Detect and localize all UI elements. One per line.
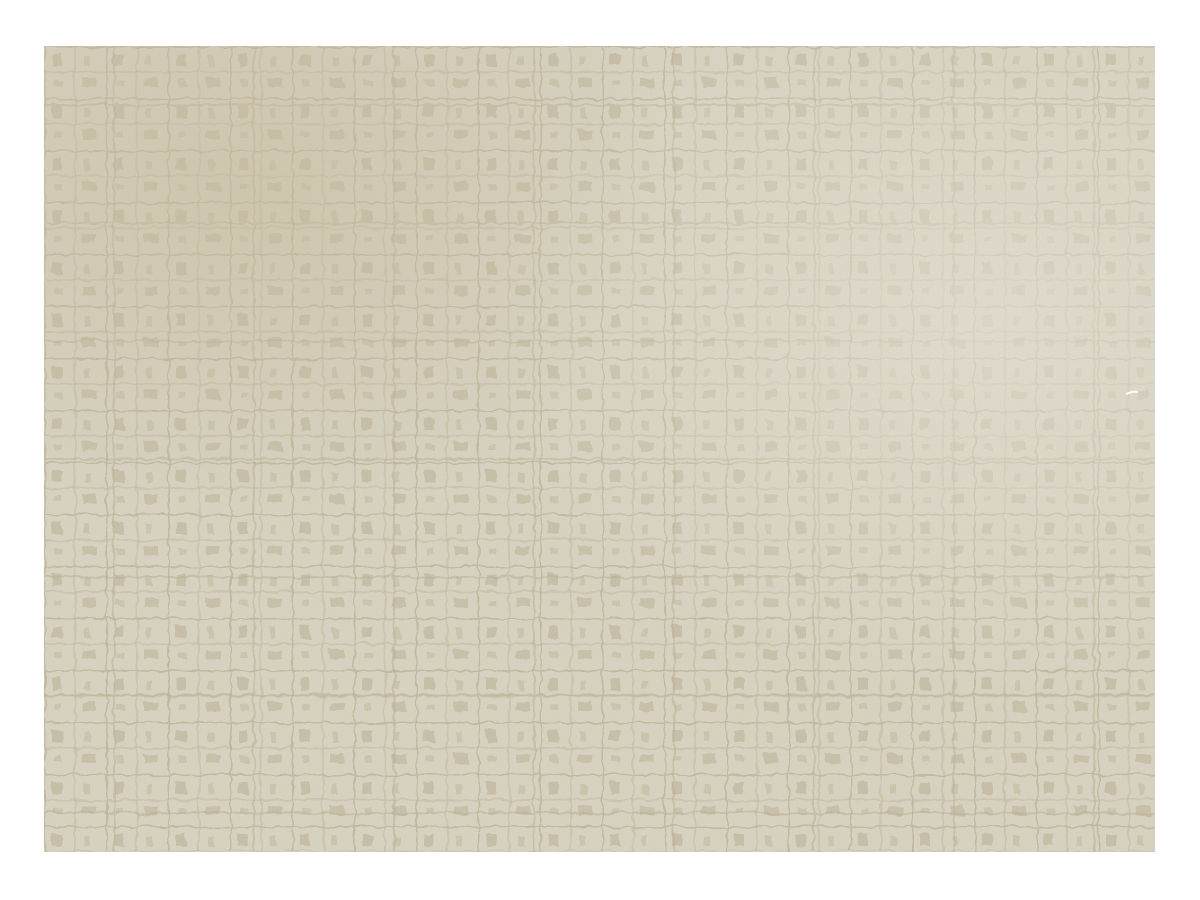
rug-texture — [44, 46, 1155, 852]
photo-stage: Beige/cream rug with distressed tonal cr… — [0, 0, 1200, 900]
rug-photo — [44, 46, 1155, 852]
